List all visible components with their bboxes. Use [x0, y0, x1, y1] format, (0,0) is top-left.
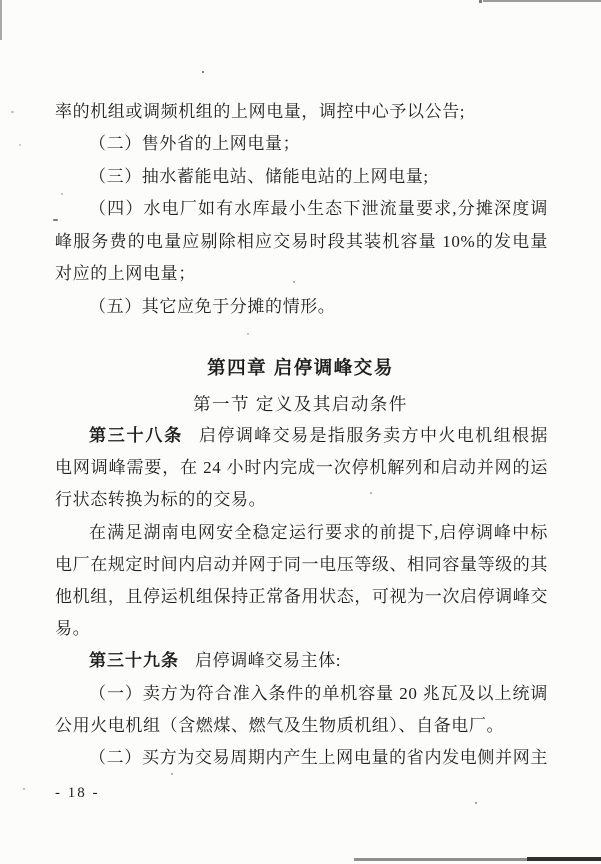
- body-line-7: （五）其它应免于分摊的情形。: [55, 291, 548, 323]
- article-38-para2-line-4: 易。: [55, 613, 548, 645]
- article-38-para2-line-2: 电厂在规定时间内启动并网于同一电压等级、相同容量等级的其: [55, 549, 548, 581]
- document-page: 率的机组或调频机组的上网电量，调控中心予以公告; （二）售外省的上网电量； （三…: [0, 0, 601, 864]
- article-39-heading-text: 启停调峰交易主体:: [195, 651, 341, 670]
- body-line-1: 率的机组或调频机组的上网电量，调控中心予以公告;: [55, 96, 548, 128]
- scan-line-top-right: [483, 0, 601, 2]
- article-39-item1-line-1: （一）卖方为符合准入条件的单机容量 20 兆瓦及以上统调: [55, 678, 548, 710]
- section-title: 第一节 定义及其启动条件: [0, 388, 601, 420]
- article-38-line-2: 电网调峰需要，在 24 小时内完成一次停机解列和启动并网的运: [55, 452, 548, 484]
- scan-speck: [19, 144, 21, 146]
- body-line-6: 对应的上网电量；: [55, 258, 548, 290]
- article-38-term: 第三十八条: [89, 426, 183, 445]
- body-line-5: 峰服务费的电量应剔除相应交易时段其装机容量 10%的发电量: [55, 226, 548, 258]
- scan-line-bottom-black: [527, 857, 601, 861]
- article-39-heading: 第三十九条启停调峰交易主体:: [55, 645, 548, 677]
- scan-speck: [370, 492, 372, 494]
- body-line-3: （三）抽水蓄能电站、储能电站的上网电量;: [55, 161, 548, 193]
- scan-speck: [293, 281, 295, 283]
- article-38-line-3: 行状态转换为标的的交易。: [55, 484, 548, 516]
- scan-mark-top: [479, 0, 482, 3]
- page-number: - 18 -: [55, 782, 100, 804]
- article-39-item1-line-2: 公用火电机组（含燃煤、燃气及生物质机组）、自备电厂。: [55, 710, 548, 742]
- article-38-line-1: 第三十八条启停调峰交易是指服务卖方中火电机组根据: [55, 420, 548, 452]
- chapter-title: 第四章 启停调峰交易: [0, 351, 601, 385]
- scan-speck: [247, 333, 249, 335]
- scan-speck: [61, 193, 63, 195]
- scan-speck: [475, 802, 477, 804]
- scan-speck: [171, 773, 173, 775]
- article-39-item2-line-1: （二）买方为交易周期内产生上网电量的省内发电侧并网主: [55, 742, 548, 774]
- article-39-term: 第三十九条: [89, 651, 179, 670]
- body-line-2: （二）售外省的上网电量；: [55, 128, 548, 160]
- scan-speck: [11, 111, 14, 113]
- article-38-para2-line-1: 在满足湖南电网安全稳定运行要求的前提下,启停调峰中标: [55, 517, 548, 549]
- article-38-para2-line-3: 他机组，且停运机组保持正常备用状态，可视为一次启停调峰交: [55, 581, 548, 613]
- scan-speck: [53, 219, 58, 221]
- body-line-4: （四）水电厂如有水库最小生态下泄流量要求,分摊深度调: [55, 193, 548, 225]
- scan-line-left-edge: [0, 0, 2, 40]
- article-38-text: 启停调峰交易是指服务卖方中火电机组根据: [199, 426, 548, 445]
- scan-speck: [23, 788, 25, 790]
- scan-line-bottom-gray: [354, 858, 529, 861]
- scan-speck: [202, 71, 204, 73]
